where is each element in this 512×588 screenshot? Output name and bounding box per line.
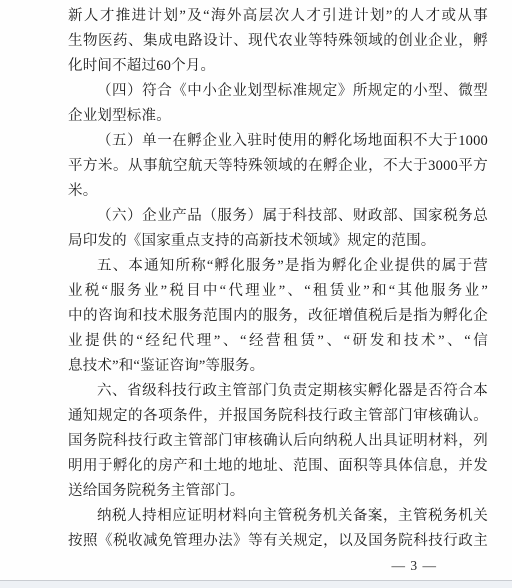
document-page: 新人才推进计划”及“海外高层次人才引进计划”的人才或从事生物医药、集成电路设计、…	[0, 0, 512, 588]
document-line: 明用于孵化的房产和土地的地址、范围、面积等具体信息，并发	[68, 454, 488, 479]
document-line: 米。	[68, 179, 488, 204]
document-line: 按照《税收减免管理办法》等有关规定，以及国务院科技行政主	[68, 529, 488, 554]
document-line: 六、省级科技行政主管部门负责定期核实孵化器是否符合本	[68, 379, 488, 404]
document-body: 新人才推进计划”及“海外高层次人才引进计划”的人才或从事生物医药、集成电路设计、…	[0, 0, 488, 554]
document-line: 新人才推进计划”及“海外高层次人才引进计划”的人才或从事	[68, 4, 488, 29]
document-line: 化时间不超过60个月。	[68, 54, 488, 79]
page-number: — 3 —	[0, 557, 488, 575]
document-line: 业提供的“经纪代理”、“经营租赁”、“研发和技术”、“信	[68, 329, 488, 354]
document-line: （六）企业产品（服务）属于科技部、财政部、国家税务总	[68, 204, 488, 229]
document-line: 中的咨询和技术服务范围内的服务，改征增值税后是指为孵化企	[68, 304, 488, 329]
document-line: 息技术”和“鉴证咨询”等服务。	[68, 354, 488, 379]
document-line: （五）单一在孵企业入驻时使用的孵化场地面积不大于1000	[68, 129, 488, 154]
page-bottom-edge	[0, 580, 512, 588]
document-line: 局印发的《国家重点支持的高新技术领域》规定的范围。	[68, 229, 488, 254]
document-line: （四）符合《中小企业划型标准规定》所规定的小型、微型	[68, 79, 488, 104]
document-line: 纳税人持相应证明材料向主管税务机关备案，主管税务机关	[68, 504, 488, 529]
document-line: 通知规定的各项条件，并报国务院科技行政主管部门审核确认。	[68, 404, 488, 429]
document-line: 企业划型标准。	[68, 104, 488, 129]
document-line: 业税“服务业”税目中“代理业”、“租赁业”和“其他服务业”	[68, 279, 488, 304]
document-line: 五、本通知所称“孵化服务”是指为孵化企业提供的属于营	[68, 254, 488, 279]
document-line: 生物医药、集成电路设计、现代农业等特殊领域的创业企业，孵	[68, 29, 488, 54]
document-line: 送给国务院税务主管部门。	[68, 479, 488, 504]
document-line: 国务院科技行政主管部门审核确认后向纳税人出具证明材料，列	[68, 429, 488, 454]
document-line: 平方米。从事航空航天等特殊领域的在孵企业，不大于3000平方	[68, 154, 488, 179]
